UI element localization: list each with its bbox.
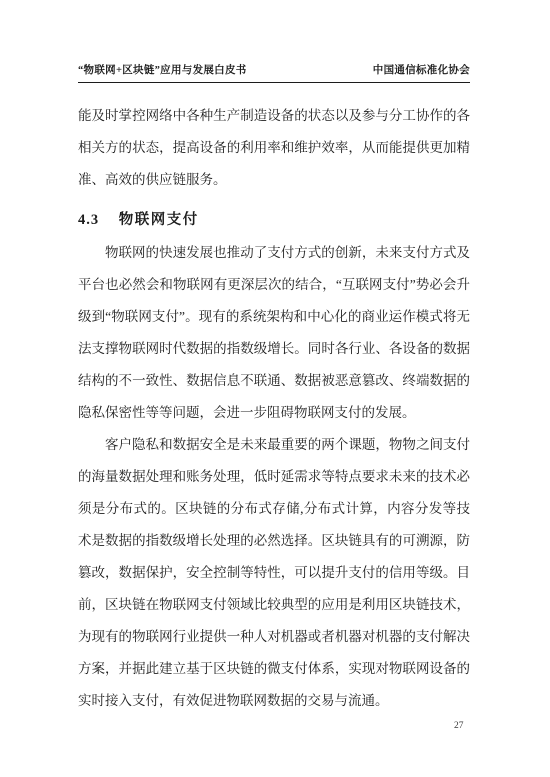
paragraph-iot-payment-intro: 物联网的快速发展也推动了支付方式的创新，未来支付方式及平台也必然会和物联网有更深…: [78, 237, 470, 429]
page-content: 能及时掌控网络中各种生产制造设备的状态以及参与分工协作的各相关方的状态，提高设备…: [78, 100, 470, 717]
page-header: “物联网+区块链”应用与发展白皮书 中国通信标准化协会: [78, 62, 470, 83]
section-number: 4.3: [78, 212, 99, 228]
paragraph-supply-chain: 能及时掌控网络中各种生产制造设备的状态以及参与分工协作的各相关方的状态，提高设备…: [78, 100, 470, 196]
header-doc-title: “物联网+区块链”应用与发展白皮书: [78, 62, 247, 77]
header-organization: 中国通信标准化协会: [373, 62, 470, 77]
section-heading: 4.3 物联网支付: [78, 210, 470, 231]
section-title: 物联网支付: [119, 212, 199, 228]
document-page: “物联网+区块链”应用与发展白皮书 中国通信标准化协会 能及时掌控网络中各种生产…: [0, 0, 550, 777]
paragraph-blockchain-payment: 客户隐私和数据安全是未来最重要的两个课题，物物之间支付的海量数据处理和账务处理，…: [78, 429, 470, 717]
page-number: 27: [454, 721, 464, 731]
